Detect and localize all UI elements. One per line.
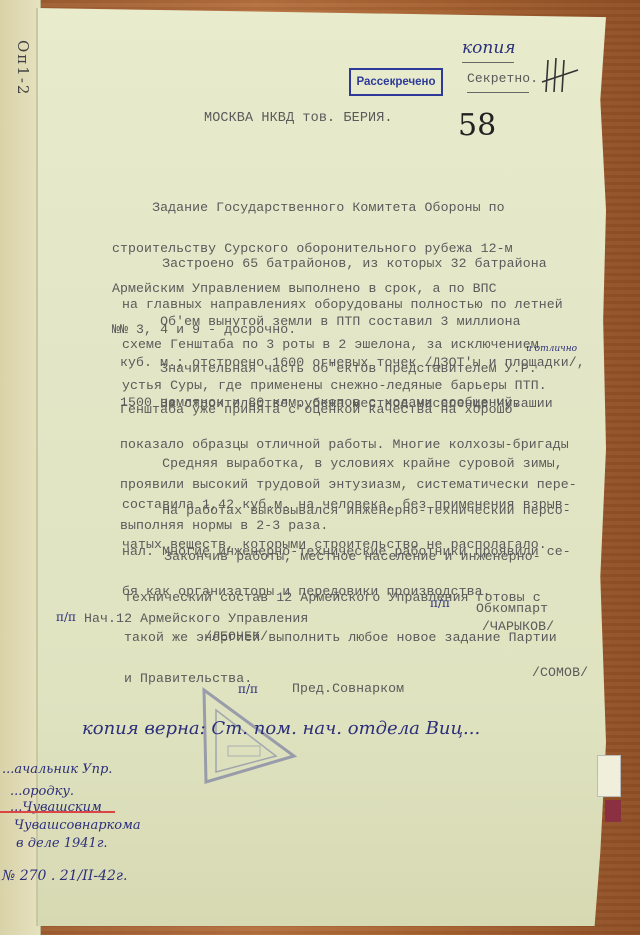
page-number: 58 — [458, 108, 496, 143]
classification-underline — [467, 92, 529, 93]
page-tab — [597, 755, 621, 797]
red-tab — [605, 800, 621, 822]
certification-note: копия верна: Ст. пом. нач. отдела Виц... — [82, 718, 480, 739]
tally-mark-icon — [540, 56, 580, 96]
addressee: МОСКВА НКВД тов. БЕРИЯ. — [204, 112, 393, 126]
declassified-stamp-text: Рассекречено — [356, 76, 435, 88]
folder-note: Оп1-2 — [14, 40, 32, 96]
copy-mark: копия — [462, 38, 516, 58]
classification-label: Секретно. — [467, 72, 538, 86]
copy-underline — [462, 62, 514, 63]
handwritten-insert: и отлично — [526, 344, 577, 354]
declassified-stamp: Рассекречено — [349, 68, 443, 96]
red-underline — [0, 811, 115, 813]
